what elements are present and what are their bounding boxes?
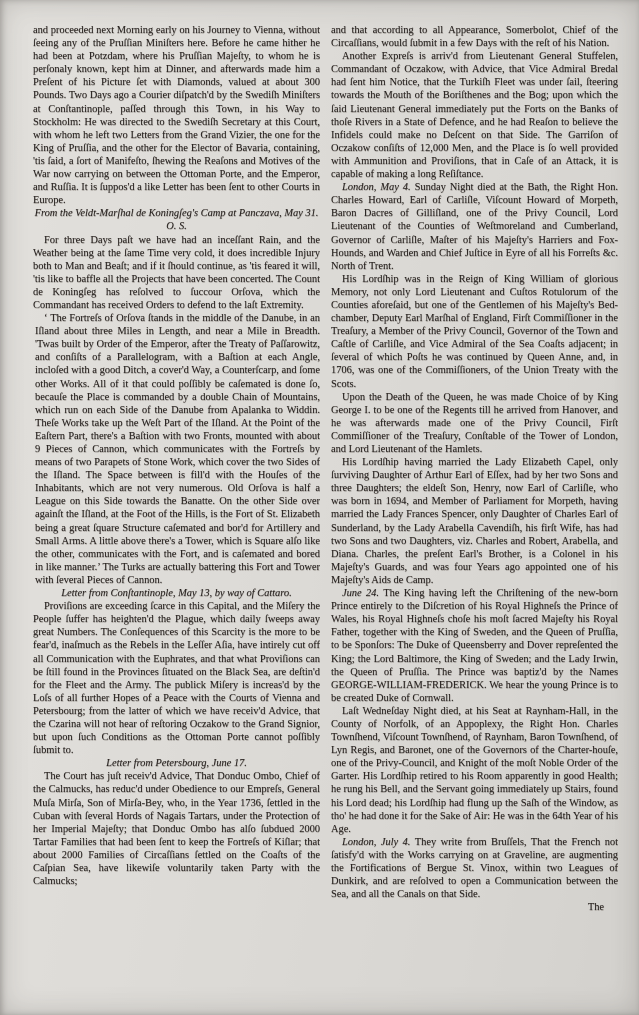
catchword: The <box>331 901 618 914</box>
quoted-description-paragraph: ‘ The Fortreſs of Orſova ſtands in the m… <box>33 312 320 587</box>
news-paragraph: The Court has juſt receiv'd Advice, That… <box>33 770 320 888</box>
dateline: June 24. <box>342 588 383 599</box>
dateline: London, May 4. <box>342 182 415 193</box>
paragraph-text: Sunday Night died at the Bath, the Right… <box>331 182 618 272</box>
news-paragraph: London, July 4.They write from Bruſſels,… <box>331 836 618 901</box>
section-heading: Letter from Petersbourg, June 17. <box>33 757 320 770</box>
text-columns: and proceeded next Morning early on his … <box>33 24 618 1004</box>
section-heading: Letter from Conſtantinople, May 13, by w… <box>33 587 320 600</box>
news-paragraph: For three Days paſt we have had an inceſ… <box>33 234 320 313</box>
left-column: and proceeded next Morning early on his … <box>33 24 320 1004</box>
news-paragraph: Another Expreſs is arriv'd from Lieutena… <box>331 50 618 181</box>
news-paragraph: and that according to all Appearance, So… <box>331 24 618 50</box>
right-column: and that according to all Appearance, So… <box>331 24 618 1004</box>
news-paragraph: Upon the Death of the Queen, he was made… <box>331 391 618 456</box>
news-paragraph: Laſt Wedneſday Night died, at his Seat a… <box>331 705 618 836</box>
news-paragraph: His Lordſhip having married the Lady Eli… <box>331 456 618 587</box>
news-paragraph: London, May 4.Sunday Night died at the B… <box>331 181 618 273</box>
paragraph-text: The King having left the Chriſtening of … <box>331 588 618 704</box>
news-paragraph: His Lordſhip was in the Reign of King Wi… <box>331 273 618 391</box>
newspaper-page: and proceeded next Morning early on his … <box>0 0 639 1015</box>
section-heading: From the Veldt-Marſhal de Koningſeg's Ca… <box>33 207 320 233</box>
news-paragraph: June 24.The King having left the Chriſte… <box>331 587 618 705</box>
dateline: London, July 4. <box>342 837 415 848</box>
news-paragraph: Proviſions are exceeding ſcarce in this … <box>33 600 320 757</box>
news-paragraph: and proceeded next Morning early on his … <box>33 24 320 207</box>
